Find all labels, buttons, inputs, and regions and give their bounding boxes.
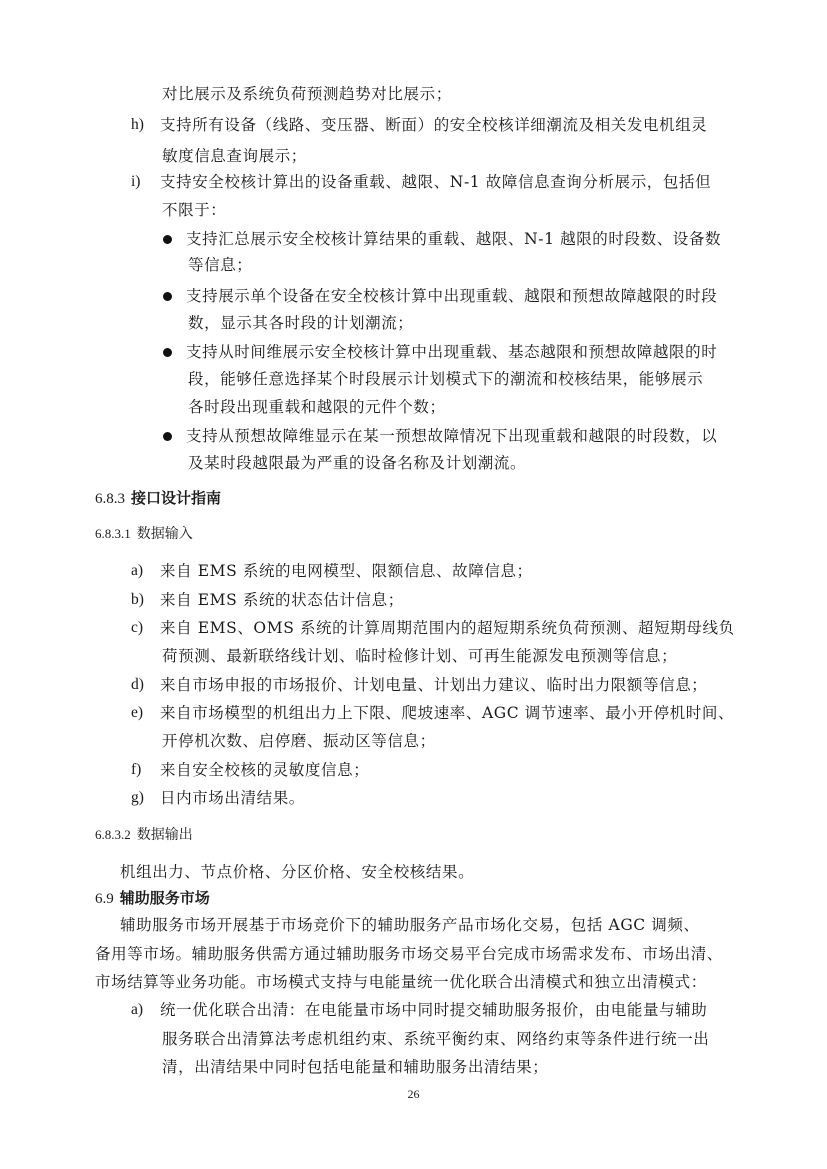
output-body: 机组出力、节点价格、分区价格、安全校核结果。	[120, 862, 474, 882]
page-number: 26	[0, 1087, 827, 1102]
bullet-4-line1: 支持从预想故障维显示在某一预想故障情况下出现重载和越限的时段数，以	[186, 426, 717, 446]
bullet-3-line2: 段，能够任意选择某个时段展示计划模式下的潮流和校核结果，能够展示	[188, 369, 703, 389]
clearing-item-a-line3: 清，出清结果中同时包括电能量和辅助服务出清结果；	[162, 1057, 548, 1077]
section-title: 辅助服务市场	[120, 889, 210, 907]
bullet-1-line1: 支持汇总展示安全校核计算结果的重载、越限、N-1 越限的时段数、设备数	[186, 229, 721, 249]
bullet-2-line1: 支持展示单个设备在安全校核计算中出现重载、越限和预想故障越限的时段	[186, 286, 717, 306]
clearing-item-a-line1: 统一优化联合出清：在电能量市场中同时提交辅助服务报价，由电能量与辅助	[160, 1000, 707, 1020]
continuation-text: 对比展示及系统负荷预测趋势对比展示；	[162, 84, 452, 104]
bullet-icon	[163, 235, 172, 244]
section-heading-6-8-3: 6.8.3接口设计指南	[95, 488, 221, 509]
input-item-g: 日内市场出清结果。	[160, 788, 305, 808]
subsection-heading-6-8-3-2: 6.8.3.2数据输出	[95, 825, 193, 845]
list-item-i-line1: 支持安全校核计算出的设备重载、越限、N-1 故障信息查询分析展示，包括但	[160, 172, 711, 192]
bullet-1-line2: 等信息；	[188, 255, 252, 275]
list-label-g: g)	[131, 788, 144, 808]
input-item-a: 来自 EMS 系统的电网模型、限额信息、故障信息；	[160, 561, 533, 581]
list-item-h-line1: 支持所有设备（线路、变压器、断面）的安全校核详细潮流及相关发电机组灵	[160, 115, 707, 135]
input-item-e-line1: 来自市场模型的机组出力上下限、爬坡速率、AGC 调节速率、最小开停机时间、	[160, 703, 734, 723]
input-item-f: 来自安全校核的灵敏度信息；	[160, 760, 369, 780]
section-number: 6.9	[95, 891, 114, 907]
bullet-2-line2: 数，显示其各时段的计划潮流；	[188, 313, 413, 333]
list-label-f: f)	[131, 760, 141, 780]
subsection-title: 数据输入	[137, 526, 193, 542]
list-label-d: d)	[131, 675, 144, 695]
list-item-i-line2: 不限于：	[162, 200, 226, 220]
bullet-3-line1: 支持从时间维展示安全校核计算中出现重载、基态越限和预想故障越限的时	[186, 342, 717, 362]
bullet-icon	[163, 348, 172, 357]
list-item-h-line2: 敏度信息查询展示；	[162, 146, 307, 166]
input-item-e-line2: 开停机次数、启停磨、振动区等信息；	[162, 731, 436, 751]
input-item-c-line1: 来自 EMS、OMS 系统的计算周期范围内的超短期系统负荷预测、超短期母线负	[160, 618, 735, 638]
subsection-number: 6.8.3.1	[95, 526, 131, 541]
list-label-e: e)	[131, 703, 143, 723]
document-page: 对比展示及系统负荷预测趋势对比展示； h) 支持所有设备（线路、变压器、断面）的…	[0, 0, 827, 1169]
list-label-c: c)	[131, 618, 143, 638]
section-heading-6-9: 6.9辅助服务市场	[95, 888, 210, 909]
paragraph-line1: 辅助服务市场开展基于市场竞价下的辅助服务产品市场化交易，包括 AGC 调频、	[120, 915, 700, 935]
input-item-c-line2: 荷预测、最新联络线计划、临时检修计划、可再生能源发电预测等信息；	[162, 646, 677, 666]
paragraph-line2: 备用等市场。辅助服务供需方通过辅助服务市场交易平台完成市场需求发布、市场出清、	[95, 944, 723, 964]
subsection-title: 数据输出	[137, 827, 193, 843]
section-number: 6.8.3	[95, 491, 125, 507]
list-label-b: b)	[131, 590, 144, 610]
list-label-a: a)	[131, 561, 143, 581]
input-item-b: 来自 EMS 系统的状态估计信息；	[160, 590, 404, 610]
list-label-h: h)	[131, 115, 144, 135]
list-label-a: a)	[131, 1000, 143, 1020]
input-item-d: 来自市场申报的市场报价、计划电量、计划出力建议、临时出力限额等信息；	[160, 675, 707, 695]
bullet-icon	[163, 292, 172, 301]
section-title: 接口设计指南	[131, 489, 221, 507]
clearing-item-a-line2: 服务联合出清算法考虑机组约束、系统平衡约束、网络约束等条件进行统一出	[162, 1029, 709, 1049]
subsection-heading-6-8-3-1: 6.8.3.1数据输入	[95, 524, 193, 544]
bullet-3-line3: 各时段出现重载和越限的元件个数；	[188, 397, 446, 417]
paragraph-line3: 市场结算等业务功能。市场模式支持与电能量统一优化联合出清模式和独立出清模式：	[95, 972, 707, 992]
list-label-i: i)	[131, 172, 140, 192]
bullet-icon	[163, 432, 172, 441]
subsection-number: 6.8.3.2	[95, 827, 131, 842]
bullet-4-line2: 及某时段越限最为严重的设备名称及计划潮流。	[188, 453, 526, 473]
